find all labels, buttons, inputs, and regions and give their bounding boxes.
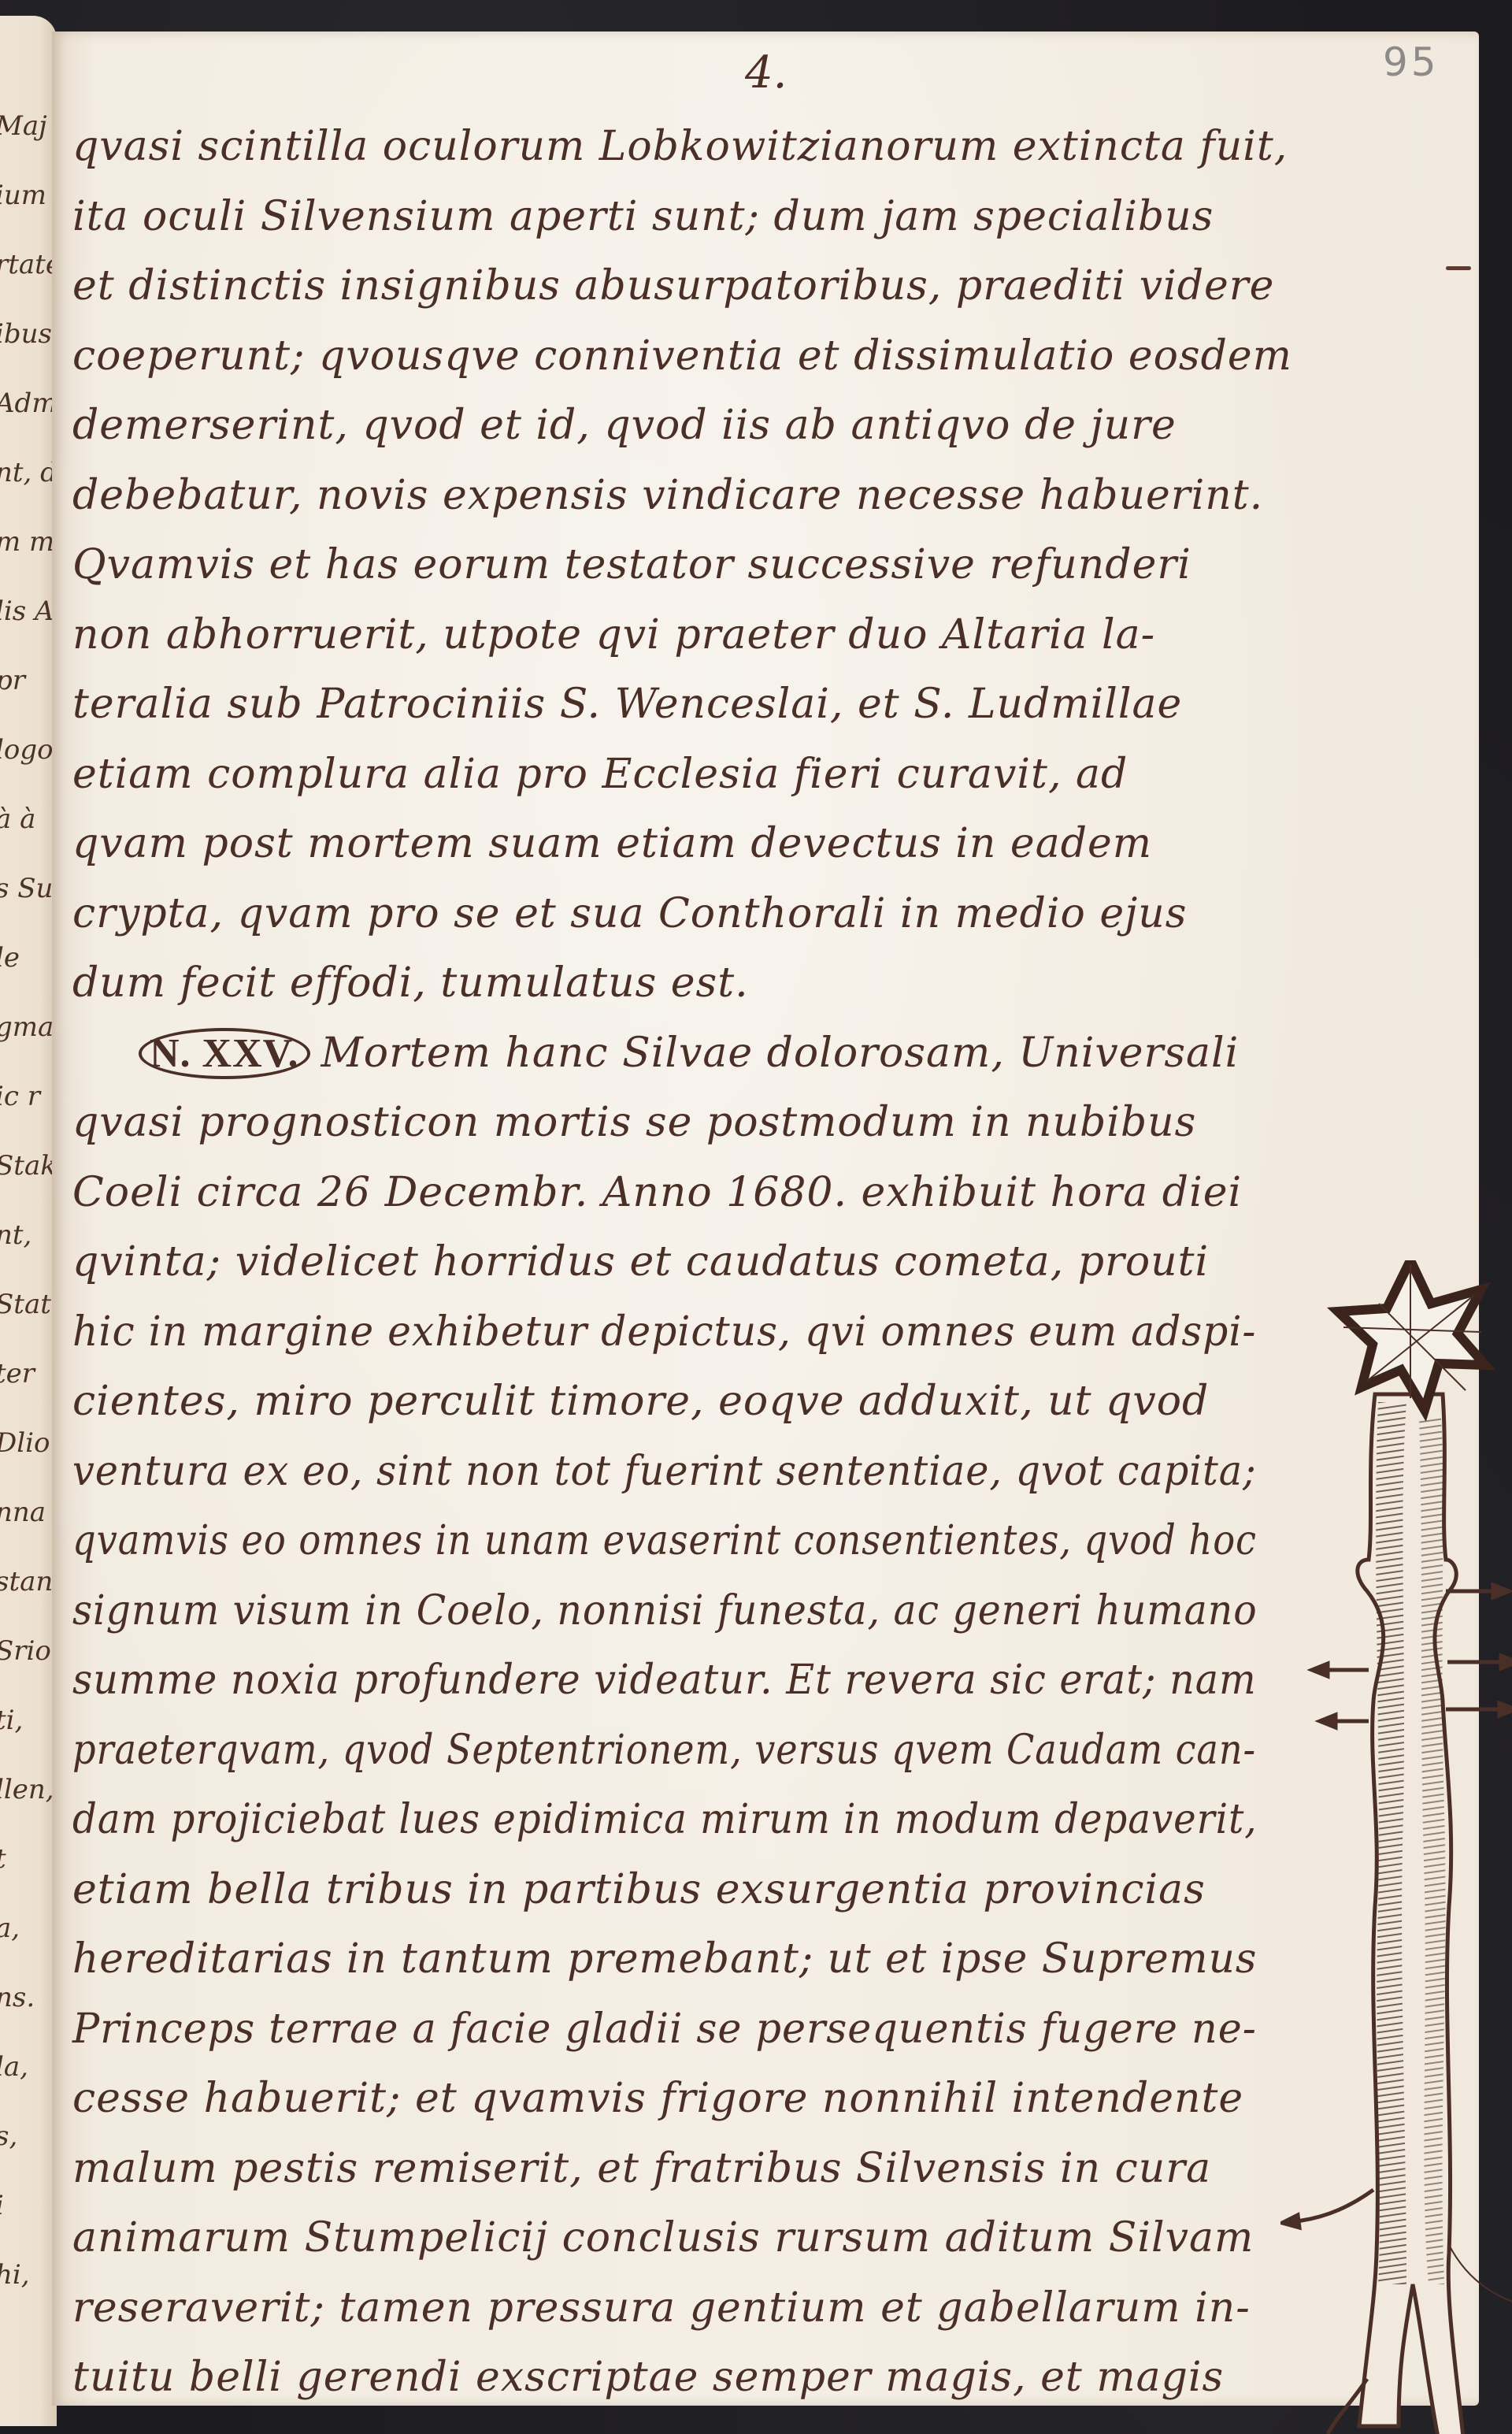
facing-page-fragment: à à (0, 803, 35, 835)
facing-page-fragment: la, (0, 2051, 28, 2083)
facing-page-fragment: nt, (0, 1219, 31, 1251)
facing-page-fragment: nt, d (0, 457, 57, 488)
manuscript-line: signum visum in Coelo, nonnisi funesta, … (72, 1590, 1258, 1631)
facing-page-fragment: Srio (0, 1635, 51, 1667)
facing-page-fragment: ns. (0, 1982, 35, 2013)
facing-page-fragment: Maj (0, 110, 47, 142)
facing-page-fragment: pr (0, 665, 25, 696)
manuscript-line: qvamvis eo omnes in unam evaserint conse… (72, 1520, 1257, 1561)
manuscript-line: N. XXV.Mortem hanc Silvae dolorosam, Uni… (139, 1033, 1239, 1074)
folio-number: 95 (1383, 39, 1440, 85)
facing-page-fragment: ter (0, 1358, 35, 1390)
facing-page-fragment: logo (0, 734, 54, 766)
manuscript-line: qvasi scintilla oculorum Lobkowitzianoru… (72, 126, 1288, 167)
manuscript-line: ventura ex eo, sint non tot fuerint sent… (72, 1451, 1257, 1492)
facing-page-fragment: m m (0, 526, 54, 558)
manuscript-line: cientes, miro perculit timore, eoqve add… (72, 1381, 1209, 1422)
quire-mark: 4. (745, 47, 787, 98)
manuscript-line: Princeps terrae a facie gladii se perseq… (72, 2009, 1257, 2050)
facing-page-fragment: Adm (0, 388, 57, 419)
facing-page-fragment: ium h (0, 180, 57, 211)
manuscript-line: etiam bella tribus in partibus exsurgent… (72, 1869, 1206, 1910)
facing-page-fragment: i (0, 2190, 4, 2221)
manuscript-page: 4. 95 qvasi scintilla oculorum Lobkowitz… (52, 32, 1479, 2406)
facing-page-fragment: ic r (0, 1081, 40, 1112)
manuscript-line: et distinctis insignibus abusurpatoribus… (72, 265, 1274, 306)
facing-page-fragment: t (0, 1843, 6, 1875)
facing-page-fragment: s, (0, 2120, 17, 2152)
manuscript-line: dam projiciebat lues epidimica mirum in … (72, 1799, 1258, 1840)
manuscript-line: animarum Stumpelicij conclusis rursum ad… (72, 2217, 1254, 2258)
manuscript-line: debebatur, novis expensis vindicare nece… (72, 475, 1263, 516)
facing-page-fragment: lis A (0, 596, 54, 627)
manuscript-line: reseraverit; tamen pressura gentium et g… (72, 2287, 1251, 2328)
manuscript-line: coeperunt; qvousqve conniventia et dissi… (72, 336, 1292, 377)
manuscript-line: qvinta; videlicet horridus et caudatus c… (72, 1241, 1209, 1282)
manuscript-line: Qvamvis et has eorum testator successive… (72, 544, 1191, 585)
facing-page-edge: Majium hrtateibus vAdmnt, dm mlis Aprlog… (0, 16, 57, 2426)
manuscript-line: non abhorruerit, utpote qvi praeter duo … (72, 614, 1155, 655)
manuscript-line: crypta, qvam pro se et sua Conthorali in… (72, 893, 1187, 934)
margin-dash-mark (1446, 266, 1471, 270)
manuscript-line: Coeli circa 26 Decembr. Anno 1680. exhib… (72, 1172, 1242, 1213)
facing-page-fragment: Dlio (0, 1427, 50, 1459)
facing-page-fragment: nna (0, 1497, 46, 1528)
facing-page-fragment: stan (0, 1566, 53, 1597)
manuscript-line: tuitu belli gerendi exscriptae semper ma… (72, 2357, 1224, 2398)
comet-drawing-icon (1280, 1260, 1512, 2434)
facing-page-fragment: ibus v (0, 318, 57, 350)
manuscript-line: malum pestis remiserit, et fratribus Sil… (72, 2148, 1211, 2189)
manuscript-line: teralia sub Patrociniis S. Wenceslai, et… (72, 684, 1182, 725)
facing-page-fragment: le (0, 942, 20, 974)
manuscript-line: hereditarias in tantum premebant; ut et … (72, 1939, 1257, 1979)
manuscript-line: qvam post mortem suam etiam devectus in … (72, 823, 1152, 864)
facing-page-fragment: rtate (0, 249, 57, 280)
section-heading-text: Mortem hanc Silvae dolorosam, Universali (321, 1030, 1240, 1077)
manuscript-line: dum fecit effodi, tumulatus est. (72, 963, 749, 1004)
facing-page-fragment: gmaki (0, 1011, 57, 1043)
facing-page-fragment: ti, (0, 1705, 23, 1736)
manuscript-line: ita oculi Silvensium aperti sunt; dum ja… (72, 196, 1214, 237)
facing-page-fragment: hi, (0, 2259, 30, 2291)
manuscript-line: etiam complura alia pro Ecclesia fieri c… (72, 754, 1128, 795)
facing-page-fragment: Stak (0, 1150, 57, 1182)
manuscript-line: hic in margine exhibetur depictus, qvi o… (72, 1312, 1256, 1352)
manuscript-line: summe noxia profundere videatur. Et reve… (72, 1660, 1257, 1701)
manuscript-line: praeterqvam, qvod Septentrionem, versus … (72, 1730, 1256, 1771)
manuscript-line: cesse habuerit; et qvamvis frigore nonni… (72, 2078, 1243, 2119)
facing-page-fragment: a, (0, 1913, 20, 1944)
section-number-badge: N. XXV. (139, 1028, 310, 1079)
manuscript-line: demerserint, qvod et id, qvod iis ab ant… (72, 405, 1177, 446)
facing-page-fragment: llen, (0, 1774, 54, 1805)
manuscript-line: qvasi prognosticon mortis se postmodum i… (72, 1102, 1196, 1143)
facing-page-fragment: s Sue (0, 873, 57, 904)
facing-page-fragment: Stat (0, 1289, 51, 1320)
